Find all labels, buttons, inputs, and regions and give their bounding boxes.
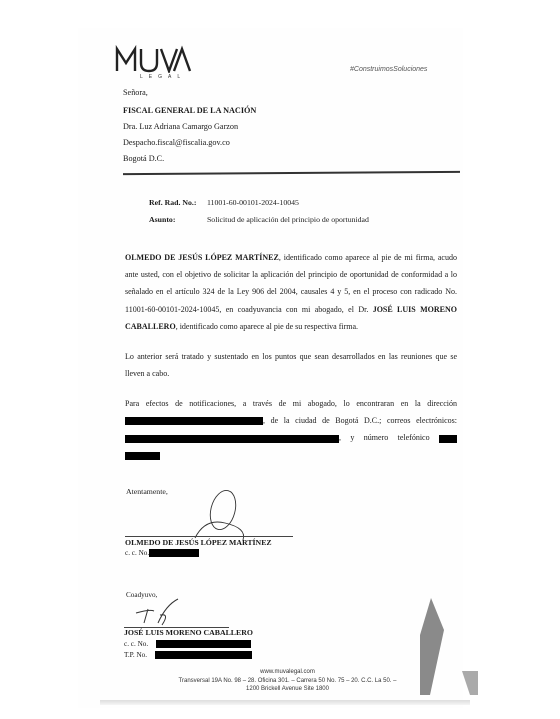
redacted-phone bbox=[439, 435, 457, 443]
salutation: Señora, bbox=[123, 88, 148, 98]
redacted-tp bbox=[155, 651, 252, 659]
reference-row: Ref. Rad. No.: 11001-60-00101-2024-10045 bbox=[149, 198, 299, 207]
subject-label: Asunto: bbox=[149, 215, 205, 224]
ref-value: 11001-60-00101-2024-10045 bbox=[207, 198, 299, 207]
farewell: Atentamente, bbox=[126, 487, 168, 496]
signer1-cc: c. c. No. bbox=[125, 549, 199, 557]
redacted-address bbox=[125, 417, 263, 425]
paragraph-text: , y número telefónico bbox=[339, 433, 430, 442]
paragraph-text: , identificado como aparece al pie de su… bbox=[176, 322, 358, 331]
decorative-stripe bbox=[420, 595, 480, 705]
footer-address-2: 1200 Brickell Avenue Site 1800 bbox=[120, 685, 455, 693]
signature-2 bbox=[130, 595, 190, 630]
signature-1 bbox=[185, 488, 255, 543]
recipient-city: Bogotá D.C. bbox=[123, 154, 164, 164]
hashtag: #ConstruimosSoluciones bbox=[350, 66, 427, 73]
redacted-cc-2 bbox=[156, 640, 251, 648]
signer2-cc: c. c. No. bbox=[124, 640, 251, 648]
paragraph-text: Para efectos de notificaciones, a través… bbox=[125, 399, 457, 408]
recipient-title: FISCAL GENERAL DE LA NACIÓN bbox=[123, 106, 256, 116]
signer2-name: JOSÉ LUIS MORENO CABALLERO bbox=[124, 628, 253, 637]
cc-label: c. c. No. bbox=[125, 549, 149, 557]
paper-edge bbox=[100, 700, 470, 705]
redacted-cc-1 bbox=[149, 549, 199, 557]
redacted-phone-cont bbox=[125, 452, 160, 460]
paragraph-followup: Lo anterior será tratado y sustentado en… bbox=[125, 348, 457, 382]
paragraph-text: , de la ciudad de Bogotá D.C.; correos e… bbox=[263, 416, 457, 425]
subject-value: Solicitud de aplicación del principio de… bbox=[207, 215, 369, 224]
tp-label: T.P. No. bbox=[124, 651, 147, 659]
requester-name: OLMEDO DE JESÚS LÓPEZ MARTÍNEZ bbox=[125, 253, 279, 262]
footer-address-1: Transversal 19A No. 98 – 28. Oficina 301… bbox=[120, 677, 455, 685]
logo-subtitle: LEGAL bbox=[140, 74, 186, 80]
redacted-emails bbox=[125, 435, 339, 443]
logo-icon bbox=[114, 43, 192, 73]
footer-website: www.muvalegal.com bbox=[120, 668, 455, 676]
signature-line-1 bbox=[125, 536, 293, 537]
recipient-name: Dra. Luz Adriana Camargo Garzon bbox=[123, 122, 238, 132]
recipient-email: Despacho.fiscal@fiscalia.gov.co bbox=[123, 138, 230, 148]
signer2-tp: T.P. No. bbox=[124, 651, 252, 659]
signer1-name: OLMEDO DE JESÚS LÓPEZ MARTÍNEZ bbox=[125, 538, 272, 547]
paragraph-request: OLMEDO DE JESÚS LÓPEZ MARTÍNEZ, identifi… bbox=[125, 249, 457, 335]
cc-label: c. c. No. bbox=[124, 640, 148, 648]
ref-label: Ref. Rad. No.: bbox=[149, 198, 205, 207]
subject-row: Asunto: Solicitud de aplicación del prin… bbox=[149, 215, 369, 224]
paragraph-notifications: Para efectos de notificaciones, a través… bbox=[125, 395, 457, 464]
